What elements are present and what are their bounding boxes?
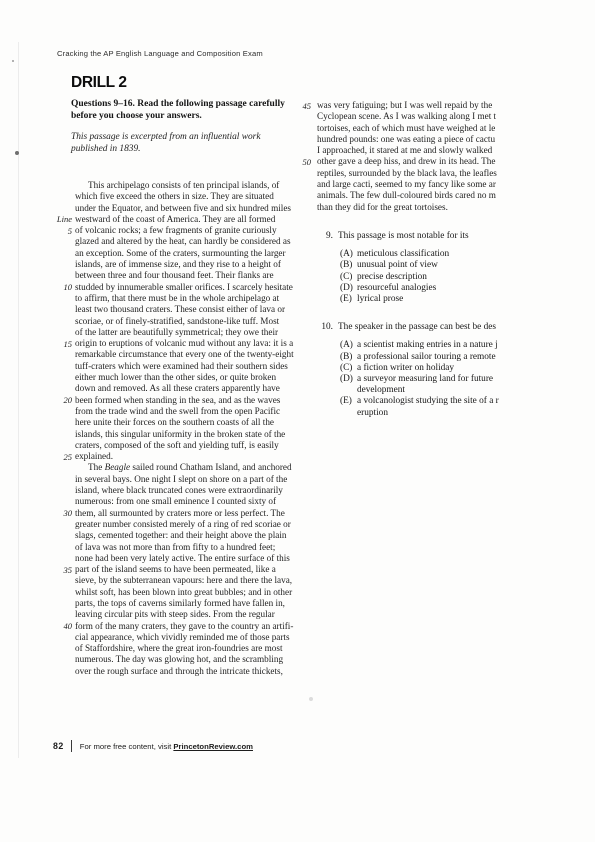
- passage-text: I approached, it stared at me and slowly…: [317, 145, 492, 155]
- passage-text: of Staffordshire, where the great iron-f…: [75, 643, 283, 653]
- answer-option: (C)a fiction writer on holiday: [295, 363, 545, 374]
- answer-option: (D)a surveyor measuring land for future: [295, 374, 545, 385]
- passage-line: least two thousand craters. These consis…: [53, 304, 305, 315]
- passage-line: down and removed. As all these craters a…: [53, 383, 305, 394]
- passage-text: of volcanic rocks; a few fragments of gr…: [75, 225, 277, 235]
- drill-title: DRILL 2: [71, 74, 127, 92]
- passage-text: greater number consisted merely of a rin…: [75, 519, 291, 529]
- passage-text: craters, composed of the soft and yieldi…: [75, 440, 279, 450]
- option-letter: (D): [340, 283, 353, 294]
- passage-line: scoriae, or of finely-stratified, sandst…: [53, 316, 305, 327]
- option-letter: (B): [340, 352, 352, 363]
- scan-fold-artifact: [18, 42, 19, 758]
- footer-link: PrincetonReview.com: [173, 742, 253, 751]
- passage-text: under the Equator, and between five and …: [75, 203, 291, 213]
- passage-line: I approached, it stared at me and slowly…: [295, 145, 515, 156]
- running-header: Cracking the AP English Language and Com…: [57, 49, 263, 58]
- line-number: 30: [53, 508, 72, 519]
- passage-text: none had been very lately active. The en…: [75, 553, 290, 563]
- passage-text: numerous: from one small eminence I coun…: [75, 496, 276, 506]
- passage-line: This archipelago consists of ten princip…: [53, 180, 305, 191]
- passage-line: 30them, all surmounted by craters more o…: [53, 508, 305, 519]
- passage-line: under the Equator, and between five and …: [53, 203, 305, 214]
- passage-line: tuff-craters which were examined had the…: [53, 361, 305, 372]
- passage-text: them, all surmounted by craters more or …: [75, 508, 285, 518]
- option-letter: (E): [340, 396, 352, 407]
- passage-text: hundred pounds: one was eating a piece o…: [317, 134, 495, 144]
- passage-line: cial appearance, which vividly reminded …: [53, 632, 305, 643]
- passage-line: reptiles, surrounded by the black lava, …: [295, 168, 515, 179]
- passage-line: numerous: from one small eminence I coun…: [53, 496, 305, 507]
- passage-line: 15origin to eruptions of volcanic mud wi…: [53, 338, 305, 349]
- answer-option: (B)a professional sailor touring a remot…: [295, 352, 545, 363]
- option-letter: (B): [340, 260, 352, 271]
- book-page: Cracking the AP English Language and Com…: [0, 0, 595, 842]
- question-stem: 10.The speaker in the passage can best b…: [295, 322, 545, 333]
- passage-text: in several bays. One night I slept on sh…: [75, 474, 287, 484]
- line-number: 5: [53, 226, 72, 237]
- passage-line: and large cacti, seemed to my fancy like…: [295, 179, 515, 190]
- passage-text: parts, the tops of caverns similarly for…: [75, 598, 285, 608]
- passage-text: here unite their forces on the southern …: [75, 417, 274, 427]
- passage-text: explained.: [75, 451, 113, 461]
- passage-text: islands, are of immense size, and they r…: [75, 259, 281, 269]
- answer-option: (D)resourceful analogies: [295, 283, 545, 294]
- passage-text: The Beagle sailed round Chatham Island, …: [75, 462, 292, 472]
- drill-instructions-line1: Questions 9–16. Read the following passa…: [71, 98, 313, 110]
- option-letter: (A): [340, 340, 353, 351]
- option-letter: (E): [340, 294, 352, 305]
- answer-option-continuation: development: [295, 385, 545, 396]
- drill-instructions-line2: before you choose your answers.: [71, 110, 313, 122]
- passage-text: tuff-craters which were examined had the…: [75, 361, 288, 371]
- answer-option: (E)lyrical prose: [295, 294, 545, 305]
- passage-line: 40form of the many craters, they gave to…: [53, 621, 305, 632]
- line-number: 40: [53, 621, 72, 632]
- passage-line: leaving circular pits with steep sides. …: [53, 609, 305, 620]
- passage-text: glazed and altered by the heat, can hard…: [75, 236, 291, 246]
- option-letter: (C): [340, 363, 352, 374]
- line-number: 15: [53, 339, 72, 350]
- passage-text: either much lower than the other sides, …: [75, 372, 276, 382]
- page-footer: 82 For more free content, visit Princeto…: [53, 740, 253, 752]
- scan-smudge-artifact: [309, 697, 313, 701]
- passage-line: whilst soft, has been blown into great b…: [53, 587, 305, 598]
- passage-text: form of the many craters, they gave to t…: [75, 621, 293, 631]
- passage-text: Cyclopean scene. As I was walking along …: [317, 111, 496, 121]
- passage-left-column: This archipelago consists of ten princip…: [53, 180, 305, 677]
- scan-dot-artifact: [15, 151, 19, 155]
- passage-text: tortoises, each of which must have weigh…: [317, 123, 495, 133]
- line-number: 20: [53, 395, 72, 406]
- passage-line: sieve, by the subterranean vapours: here…: [53, 575, 305, 586]
- answer-option: (B)unusual point of view: [295, 260, 545, 271]
- line-number: 10: [53, 282, 72, 293]
- source-note-line2: published in 1839.: [71, 143, 313, 155]
- passage-line: 50other gave a deep hiss, and drew in it…: [295, 156, 515, 167]
- passage-line: in several bays. One night I slept on sh…: [53, 474, 305, 485]
- question-number: 10.: [295, 322, 333, 333]
- question: 9.This passage is most notable for its(A…: [295, 231, 545, 305]
- passage-text: part of the island seems to have been pe…: [75, 564, 276, 574]
- passage-line: parts, the tops of caverns similarly for…: [53, 598, 305, 609]
- passage-text: which five exceed the others in size. Th…: [75, 191, 274, 201]
- source-note-line1: This passage is excerpted from an influe…: [71, 131, 313, 143]
- passage-line: of the latter are beautifully symmetrica…: [53, 327, 305, 338]
- passage-text: studded by innumerable smaller orifices.…: [75, 282, 293, 292]
- passage-line: over the rough surface and through the i…: [53, 666, 305, 677]
- passage-line: either much lower than the other sides, …: [53, 372, 305, 383]
- answer-option: (A)meticulous classification: [295, 249, 545, 260]
- passage-text: remarkable circumstance that every one o…: [75, 349, 294, 359]
- question-number: 9.: [295, 231, 333, 242]
- passage-text: island, where black truncated cones were…: [75, 485, 283, 495]
- passage-text: to affirm, that there must be in the who…: [75, 293, 279, 303]
- passage-line: which five exceed the others in size. Th…: [53, 191, 305, 202]
- passage-text: of lava was not more than from fifty to …: [75, 542, 275, 552]
- passage-text: from the trade wind and the swell from t…: [75, 406, 280, 416]
- passage-text: been formed when standing in the sea, an…: [75, 395, 280, 405]
- passage-line: hundred pounds: one was eating a piece o…: [295, 134, 515, 145]
- passage-text: cial appearance, which vividly reminded …: [75, 632, 290, 642]
- passage-text: animals. The few dull-coloured birds car…: [317, 190, 496, 200]
- passage-text: slags, cemented together: and their heig…: [75, 530, 287, 540]
- passage-text: reptiles, surrounded by the black lava, …: [317, 168, 497, 178]
- passage-line: island, where black truncated cones were…: [53, 485, 305, 496]
- passage-line: slags, cemented together: and their heig…: [53, 530, 305, 541]
- passage-line: 10studded by innumerable smaller orifice…: [53, 282, 305, 293]
- passage-line: numerous. The day was glowing hot, and t…: [53, 654, 305, 665]
- answer-option: (C)precise description: [295, 272, 545, 283]
- passage-line: an exception. Some of the craters, surmo…: [53, 248, 305, 259]
- answer-option-continuation: eruption: [295, 408, 545, 419]
- footer-text: For more free content, visit PrincetonRe…: [80, 742, 253, 751]
- passage-text: over the rough surface and through the i…: [75, 666, 283, 676]
- passage-line: 25explained.: [53, 451, 305, 462]
- passage-line: 35part of the island seems to have been …: [53, 564, 305, 575]
- passage-line: of Staffordshire, where the great iron-f…: [53, 643, 305, 654]
- line-number: 50: [295, 157, 311, 168]
- passage-line: than they did for the great tortoises.: [295, 202, 515, 213]
- line-number: 35: [53, 565, 72, 576]
- passage-text: down and removed. As all these craters a…: [75, 383, 280, 393]
- passage-line: 45was very fatiguing; but I was well rep…: [295, 100, 515, 111]
- passage-line: to affirm, that there must be in the who…: [53, 293, 305, 304]
- passage-text: other gave a deep hiss, and drew in its …: [317, 156, 495, 166]
- passage-text: than they did for the great tortoises.: [317, 202, 448, 212]
- drill-instructions: Questions 9–16. Read the following passa…: [71, 98, 313, 122]
- passage-line: animals. The few dull-coloured birds car…: [295, 190, 515, 201]
- passage-line: The Beagle sailed round Chatham Island, …: [53, 462, 305, 473]
- passage-text: This archipelago consists of ten princip…: [75, 180, 279, 190]
- passage-line: islands, are of immense size, and they r…: [53, 259, 305, 270]
- answer-option: (E)a volcanologist studying the site of …: [295, 396, 545, 407]
- passage-line: 20been formed when standing in the sea, …: [53, 395, 305, 406]
- option-letter: (A): [340, 249, 353, 260]
- question-stem: 9.This passage is most notable for its: [295, 231, 545, 242]
- passage-text: and large cacti, seemed to my fancy like…: [317, 179, 496, 189]
- passage-text: sieve, by the subterranean vapours: here…: [75, 575, 292, 585]
- passage-line: Cyclopean scene. As I was walking along …: [295, 111, 515, 122]
- passage-line: remarkable circumstance that every one o…: [53, 349, 305, 360]
- passage-line: islands, this singular uniformity in the…: [53, 429, 305, 440]
- passage-text: was very fatiguing; but I was well repai…: [317, 100, 492, 110]
- passage-right-column: 45was very fatiguing; but I was well rep…: [295, 100, 515, 213]
- question: 10.The speaker in the passage can best b…: [295, 322, 545, 419]
- passage-line: from the trade wind and the swell from t…: [53, 406, 305, 417]
- passage-line: tortoises, each of which must have weigh…: [295, 123, 515, 134]
- line-number: 25: [53, 452, 72, 463]
- passage-text: islands, this singular uniformity in the…: [75, 429, 285, 439]
- line-number: 45: [295, 101, 311, 112]
- passage-line: Linewestward of the coast of America. Th…: [53, 214, 305, 225]
- passage-text: numerous. The day was glowing hot, and t…: [75, 654, 283, 664]
- line-number: Line: [53, 214, 72, 225]
- passage-text: scoriae, or of finely-stratified, sandst…: [75, 316, 279, 326]
- passage-line: craters, composed of the soft and yieldi…: [53, 440, 305, 451]
- passage-text: between three and four thousand feet. Th…: [75, 270, 274, 280]
- passage-line: here unite their forces on the southern …: [53, 417, 305, 428]
- passage-text: an exception. Some of the craters, surmo…: [75, 248, 286, 258]
- passage-text: leaving circular pits with steep sides. …: [75, 609, 275, 619]
- option-letter: (D): [340, 374, 353, 385]
- passage-line: none had been very lately active. The en…: [53, 553, 305, 564]
- passage-line: glazed and altered by the heat, can hard…: [53, 236, 305, 247]
- questions-section: 9.This passage is most notable for its(A…: [295, 231, 545, 436]
- answer-option: (A)a scientist making entries in a natur…: [295, 340, 545, 351]
- footer-divider: [71, 740, 72, 752]
- scan-speck-artifact: [12, 60, 14, 62]
- passage-text: least two thousand craters. These consis…: [75, 304, 285, 314]
- page-number: 82: [53, 741, 64, 751]
- passage-line: greater number consisted merely of a rin…: [53, 519, 305, 530]
- passage-text: of the latter are beautifully symmetrica…: [75, 327, 278, 337]
- passage-text: whilst soft, has been blown into great b…: [75, 587, 292, 597]
- option-letter: (C): [340, 272, 352, 283]
- passage-line: of lava was not more than from fifty to …: [53, 542, 305, 553]
- passage-source-note: This passage is excerpted from an influe…: [71, 131, 313, 155]
- passage-line: between three and four thousand feet. Th…: [53, 270, 305, 281]
- passage-line: 5of volcanic rocks; a few fragments of g…: [53, 225, 305, 236]
- passage-text: origin to eruptions of volcanic mud with…: [75, 338, 293, 348]
- passage-text: westward of the coast of America. They a…: [75, 214, 275, 224]
